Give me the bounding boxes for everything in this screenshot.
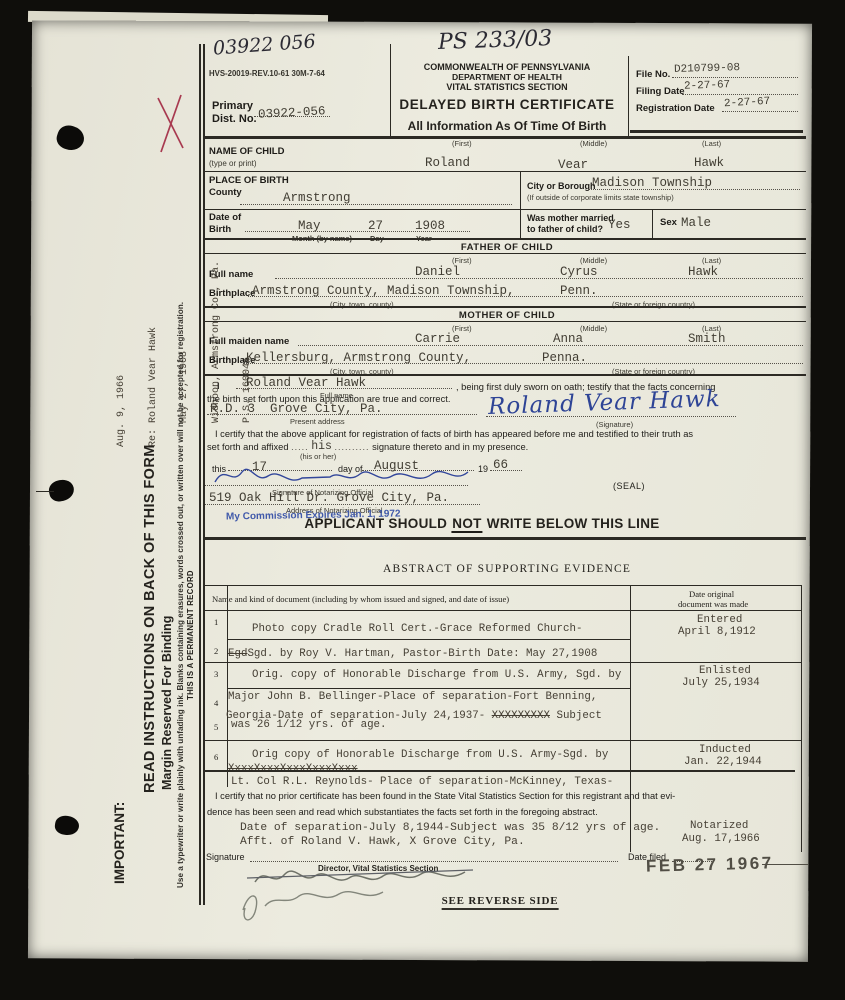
row-number: 2: [214, 646, 218, 656]
father-birthplace-label: Birthplace: [209, 289, 255, 299]
sex-value: Male: [681, 216, 711, 230]
margin-binding-note: Margin Reserved For Binding: [160, 616, 174, 790]
evidence-row1-text: Photo copy Cradle Roll Cert.-Grace Refor…: [252, 623, 582, 635]
margin-important-label: IMPORTANT:: [112, 802, 127, 884]
date-inducted-value: Jan. 22,1944: [684, 756, 762, 768]
dist-no-label: Dist. No.: [212, 113, 257, 125]
date-entered-value: April 8,1912: [678, 626, 756, 638]
punch-hole-tear: [36, 491, 54, 492]
table-divider: [630, 585, 631, 852]
col-middle-label: (Middle): [580, 256, 607, 265]
certificate-subtitle: All Information As Of Time Of Birth: [408, 119, 607, 133]
col-first-label: (First): [452, 139, 472, 148]
dotted-leader: [335, 442, 370, 452]
row-number: 5: [214, 722, 218, 732]
table-rule: [203, 740, 802, 741]
date-of-birth-label1: Date of: [209, 213, 241, 223]
date-of-birth-label2: Birth: [209, 225, 231, 235]
date-inducted-label: Inducted: [699, 744, 751, 756]
city-borough-label: City or Borough: [527, 182, 596, 192]
name-of-child-label: NAME OF CHILD: [209, 147, 284, 157]
date-enlisted-label: Enlisted: [699, 665, 751, 677]
header-divider: [628, 56, 629, 136]
sex-label: Sex: [660, 218, 677, 228]
no-write-not: NOT: [451, 516, 482, 533]
director-certify-line1: I certify that no prior certificate has …: [215, 791, 675, 801]
row-number: 6: [214, 752, 218, 762]
director-certify-line2: dence has been seen and read which subst…: [207, 807, 598, 817]
mother-section-band: MOTHER OF CHILD: [459, 310, 555, 321]
row-number: 1: [214, 617, 218, 627]
evidence-row4-line2-post: Subject: [550, 710, 602, 722]
mother-married-answer: Yes: [608, 218, 631, 232]
agency-line1: COMMONWEALTH OF PENNSYLVANIA: [424, 62, 591, 72]
notary-certify-line2b: signature thereto and in my presence.: [372, 442, 528, 452]
child-last-name: Hawk: [694, 156, 724, 170]
col-last-label: (Last): [702, 256, 721, 265]
father-last-name: Hawk: [688, 265, 718, 279]
abstract-date-column-header1: Date original: [689, 589, 734, 599]
agency-line2: DEPARTMENT OF HEALTH: [452, 72, 562, 82]
abstract-title: ABSTRACT OF SUPPORTING EVIDENCE: [383, 563, 631, 575]
separation-note: Date of separation-July 8,1944-Subject w…: [240, 822, 660, 834]
col-middle-label: (Middle): [580, 324, 607, 333]
father-full-name-label: Full name: [209, 270, 253, 280]
handwritten-center-number: PS 233/03: [438, 26, 553, 55]
evidence-row4-line1: Major John B. Bellinger-Place of separat…: [228, 691, 597, 703]
see-reverse-side-label: SEE REVERSE SIDE: [442, 895, 559, 910]
registration-date-value: 2-27-67: [724, 96, 771, 110]
abstract-doc-column-header: Name and kind of document (including by …: [212, 594, 509, 604]
city-borough-note: (If outside of corporate limits state to…: [527, 193, 674, 202]
date-enlisted-value: July 25,1934: [682, 677, 760, 689]
rule: [203, 321, 806, 322]
rule: [203, 253, 806, 254]
no-write-post: WRITE BELOW THIS LINE: [487, 516, 660, 531]
table-rule: [227, 688, 631, 689]
mother-middle-name: Anna: [553, 332, 583, 346]
notarized-label: Notarized: [690, 820, 748, 832]
father-first-name: Daniel: [415, 265, 460, 279]
rule: [203, 306, 806, 308]
registration-date-label: Registration Date: [636, 104, 715, 114]
evidence-row6-text: Orig copy of Honorable Discharge from U.…: [252, 749, 608, 761]
city-borough-value: Madison Township: [592, 176, 712, 190]
row-number: 4: [214, 698, 218, 708]
place-of-birth-label: PLACE OF BIRTH: [209, 176, 289, 186]
notary-certify-line2a: set forth and affixed: [207, 442, 289, 452]
child-middle-name: Vear: [558, 158, 588, 172]
notary-certify-line1: I certify that the above applicant for r…: [215, 429, 693, 439]
row-number: 3: [214, 669, 218, 679]
file-no-label: File No.: [636, 70, 670, 80]
evidence-row4-line2-struck: XXXXXXXXX: [492, 710, 550, 722]
file-no-value: D210799-08: [674, 62, 740, 76]
form-code: HVS-20019-REV.10-61 30M-7-64: [209, 69, 325, 78]
notary-address-value: 519 Oak Hill Dr. Grove City, Pa.: [209, 491, 449, 505]
table-rule: [227, 639, 631, 640]
certificate-title: DELAYED BIRTH CERTIFICATE: [399, 97, 614, 112]
stamp-strike-line: [762, 864, 808, 865]
no-write-pre: APPLICANT SHOULD: [304, 516, 447, 531]
cell-divider: [652, 209, 653, 238]
mother-married-q1: Was mother married: [527, 214, 614, 224]
county-value: Armstrong: [283, 191, 351, 205]
father-middle-name: Cyrus: [560, 265, 598, 279]
seal-label: (SEAL): [613, 481, 645, 491]
father-section-band: FATHER OF CHILD: [461, 242, 553, 253]
afft-note: Afft. of Roland V. Hawk, X Grove City, P…: [240, 836, 525, 848]
form-left-rule: [199, 44, 201, 905]
form-left-rule: [203, 44, 205, 905]
filing-date-value: 2-27-67: [684, 79, 731, 93]
evidence-row6-struck-line: XxxxXxxxXxxxXxxxXxxx: [228, 763, 358, 775]
mother-last-name: Smith: [688, 332, 726, 346]
evidence-row6-line2: Lt. Col R.L. Reynolds- Place of separati…: [231, 776, 613, 788]
dotted-leader: [291, 442, 309, 452]
cell-divider: [520, 209, 521, 238]
agency-line3: VITAL STATISTICS SECTION: [446, 82, 567, 92]
red-x-mark: [152, 92, 190, 156]
affidavit-i-label: I: [217, 382, 220, 392]
child-first-name: Roland: [425, 156, 470, 170]
margin-permanent-record: THIS IS A PERMANENT RECORD: [186, 570, 195, 700]
county-label: County: [209, 188, 242, 198]
present-address-note: Present address: [290, 417, 345, 426]
margin-read-instructions: READ INSTRUCTIONS ON BACK OF THIS FORM: [142, 444, 158, 793]
table-divider: [227, 585, 228, 787]
rule: [630, 130, 803, 133]
date-entered-label: Entered: [697, 614, 742, 626]
rule: [203, 171, 806, 172]
table-divider: [801, 585, 802, 852]
mother-first-name: Carrie: [415, 332, 460, 346]
signature-note: (Signature): [596, 420, 633, 429]
rule: [203, 238, 806, 240]
cell-divider: [520, 171, 521, 209]
notarized-date: Aug. 17,1966: [682, 833, 760, 845]
table-rule: [203, 610, 802, 611]
director-handwritten-signatures-squiggle: [235, 862, 545, 920]
col-first-label: (First): [452, 256, 472, 265]
mother-married-q2: to father of child?: [527, 225, 603, 235]
table-rule: [203, 662, 802, 663]
rule: [203, 209, 806, 210]
mother-maiden-name-label: Full maiden name: [209, 337, 289, 347]
rule: [203, 537, 806, 540]
col-middle-label: (Middle): [580, 139, 607, 148]
type-or-print-note: (type or print): [209, 159, 257, 168]
evidence-row5-text: was 26 1/12 yrs. of age.: [231, 719, 387, 731]
primary-label: Primary: [212, 100, 253, 112]
margin-note-line: Aug. 9, 1966: [117, 261, 128, 447]
evidence-row2-text: Sgd. by Roy V. Hartman, Pastor-Birth Dat…: [247, 648, 597, 660]
abstract-date-column-header2: document was made: [678, 599, 748, 609]
year-prefix: 19: [478, 465, 488, 475]
evidence-row3-text: Orig. copy of Honorable Discharge from U…: [252, 669, 621, 681]
scanned-birth-certificate: Aug. 9, 1966 Re: Roland Vear Hawk May 27…: [0, 0, 845, 1000]
evidence-row2-struck: Egd: [228, 648, 247, 660]
date-filed-stamp: FEB 27 1967: [646, 853, 774, 876]
rule: [203, 770, 795, 772]
col-last-label: (Last): [702, 139, 721, 148]
margin-note-line: Re: Roland Vear Hawk: [149, 261, 160, 447]
filing-date-label: Filing Date: [636, 87, 685, 97]
margin-typewriter-note: Use a typewriter or write plainly with u…: [176, 302, 185, 888]
header-divider: [390, 44, 391, 136]
table-rule: [203, 585, 802, 586]
